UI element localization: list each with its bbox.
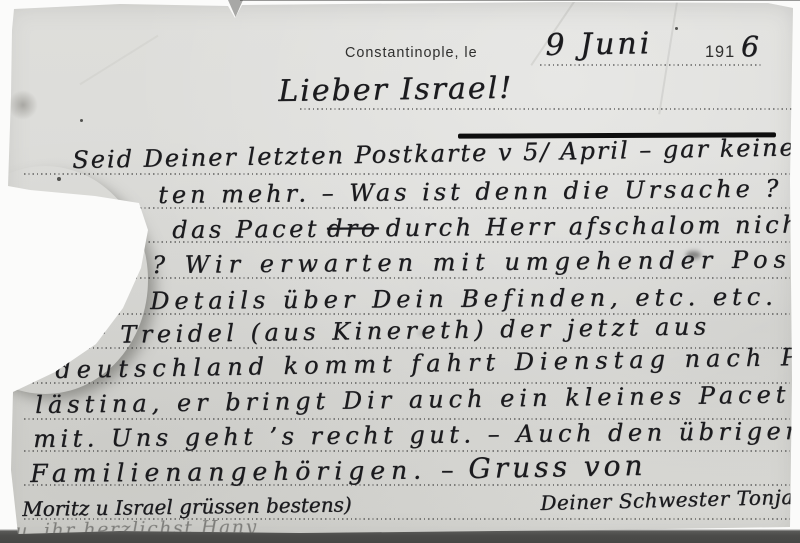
body-line-10: Familienangehörigen. – bbox=[30, 455, 460, 488]
printed-year-prefix: 191 bbox=[705, 42, 735, 62]
signature: Deiner Schwester Tonja. bbox=[540, 485, 800, 515]
body-line-3: das Pacetdrodurch Herr afschalom nicht bbox=[172, 210, 800, 244]
body-line-9: mit. Uns geht ’s recht gut. – Auch den ü… bbox=[33, 417, 800, 453]
ruled-line bbox=[540, 64, 762, 66]
paper-stain bbox=[8, 90, 38, 120]
printed-place-label: Constantinople, le bbox=[345, 44, 478, 61]
body-line-5: Details über Dein Befinden, etc. etc. bbox=[150, 283, 778, 315]
scan-top-edge bbox=[240, 0, 800, 1]
salutation: Lieber Israel! bbox=[278, 71, 513, 109]
closing-gruss: Gruss von bbox=[468, 449, 647, 485]
body-line-4: ? Wir erwarten mit umgehender Post bbox=[152, 245, 800, 279]
paper-speck bbox=[57, 177, 61, 181]
handwritten-date: 9 Juni bbox=[545, 26, 652, 63]
paper-speck bbox=[80, 119, 83, 122]
paper-crease bbox=[658, 0, 680, 114]
postcard-paper: Constantinople, le 9 Juni 191 6 Lieber I… bbox=[0, 0, 800, 543]
crossed-out-word: dro bbox=[327, 214, 379, 242]
handwritten-year-digit: 6 bbox=[741, 30, 759, 63]
paper-speck bbox=[675, 27, 678, 30]
body-line-2: ten mehr. – Was ist denn die Ursache ? bbox=[158, 174, 782, 209]
body-line-3-post: durch Herr afschalom nicht bbox=[386, 210, 800, 242]
body-line-8: lästina, er bringt Dir auch ein kleines … bbox=[35, 380, 791, 419]
body-line-6: r Treidel (aus Kinereth) der jetzt aus bbox=[92, 312, 711, 349]
postcard-scan: Constantinople, le 9 Juni 191 6 Lieber I… bbox=[0, 0, 800, 543]
ruled-line bbox=[300, 108, 792, 110]
ruled-line bbox=[24, 207, 790, 209]
ruled-line bbox=[24, 277, 790, 279]
paper-crease bbox=[79, 35, 158, 85]
body-line-1: Seid Deiner letzten Postkarte v 5/ April… bbox=[72, 133, 796, 174]
body-line-3-pre: das Pacet bbox=[172, 215, 320, 244]
